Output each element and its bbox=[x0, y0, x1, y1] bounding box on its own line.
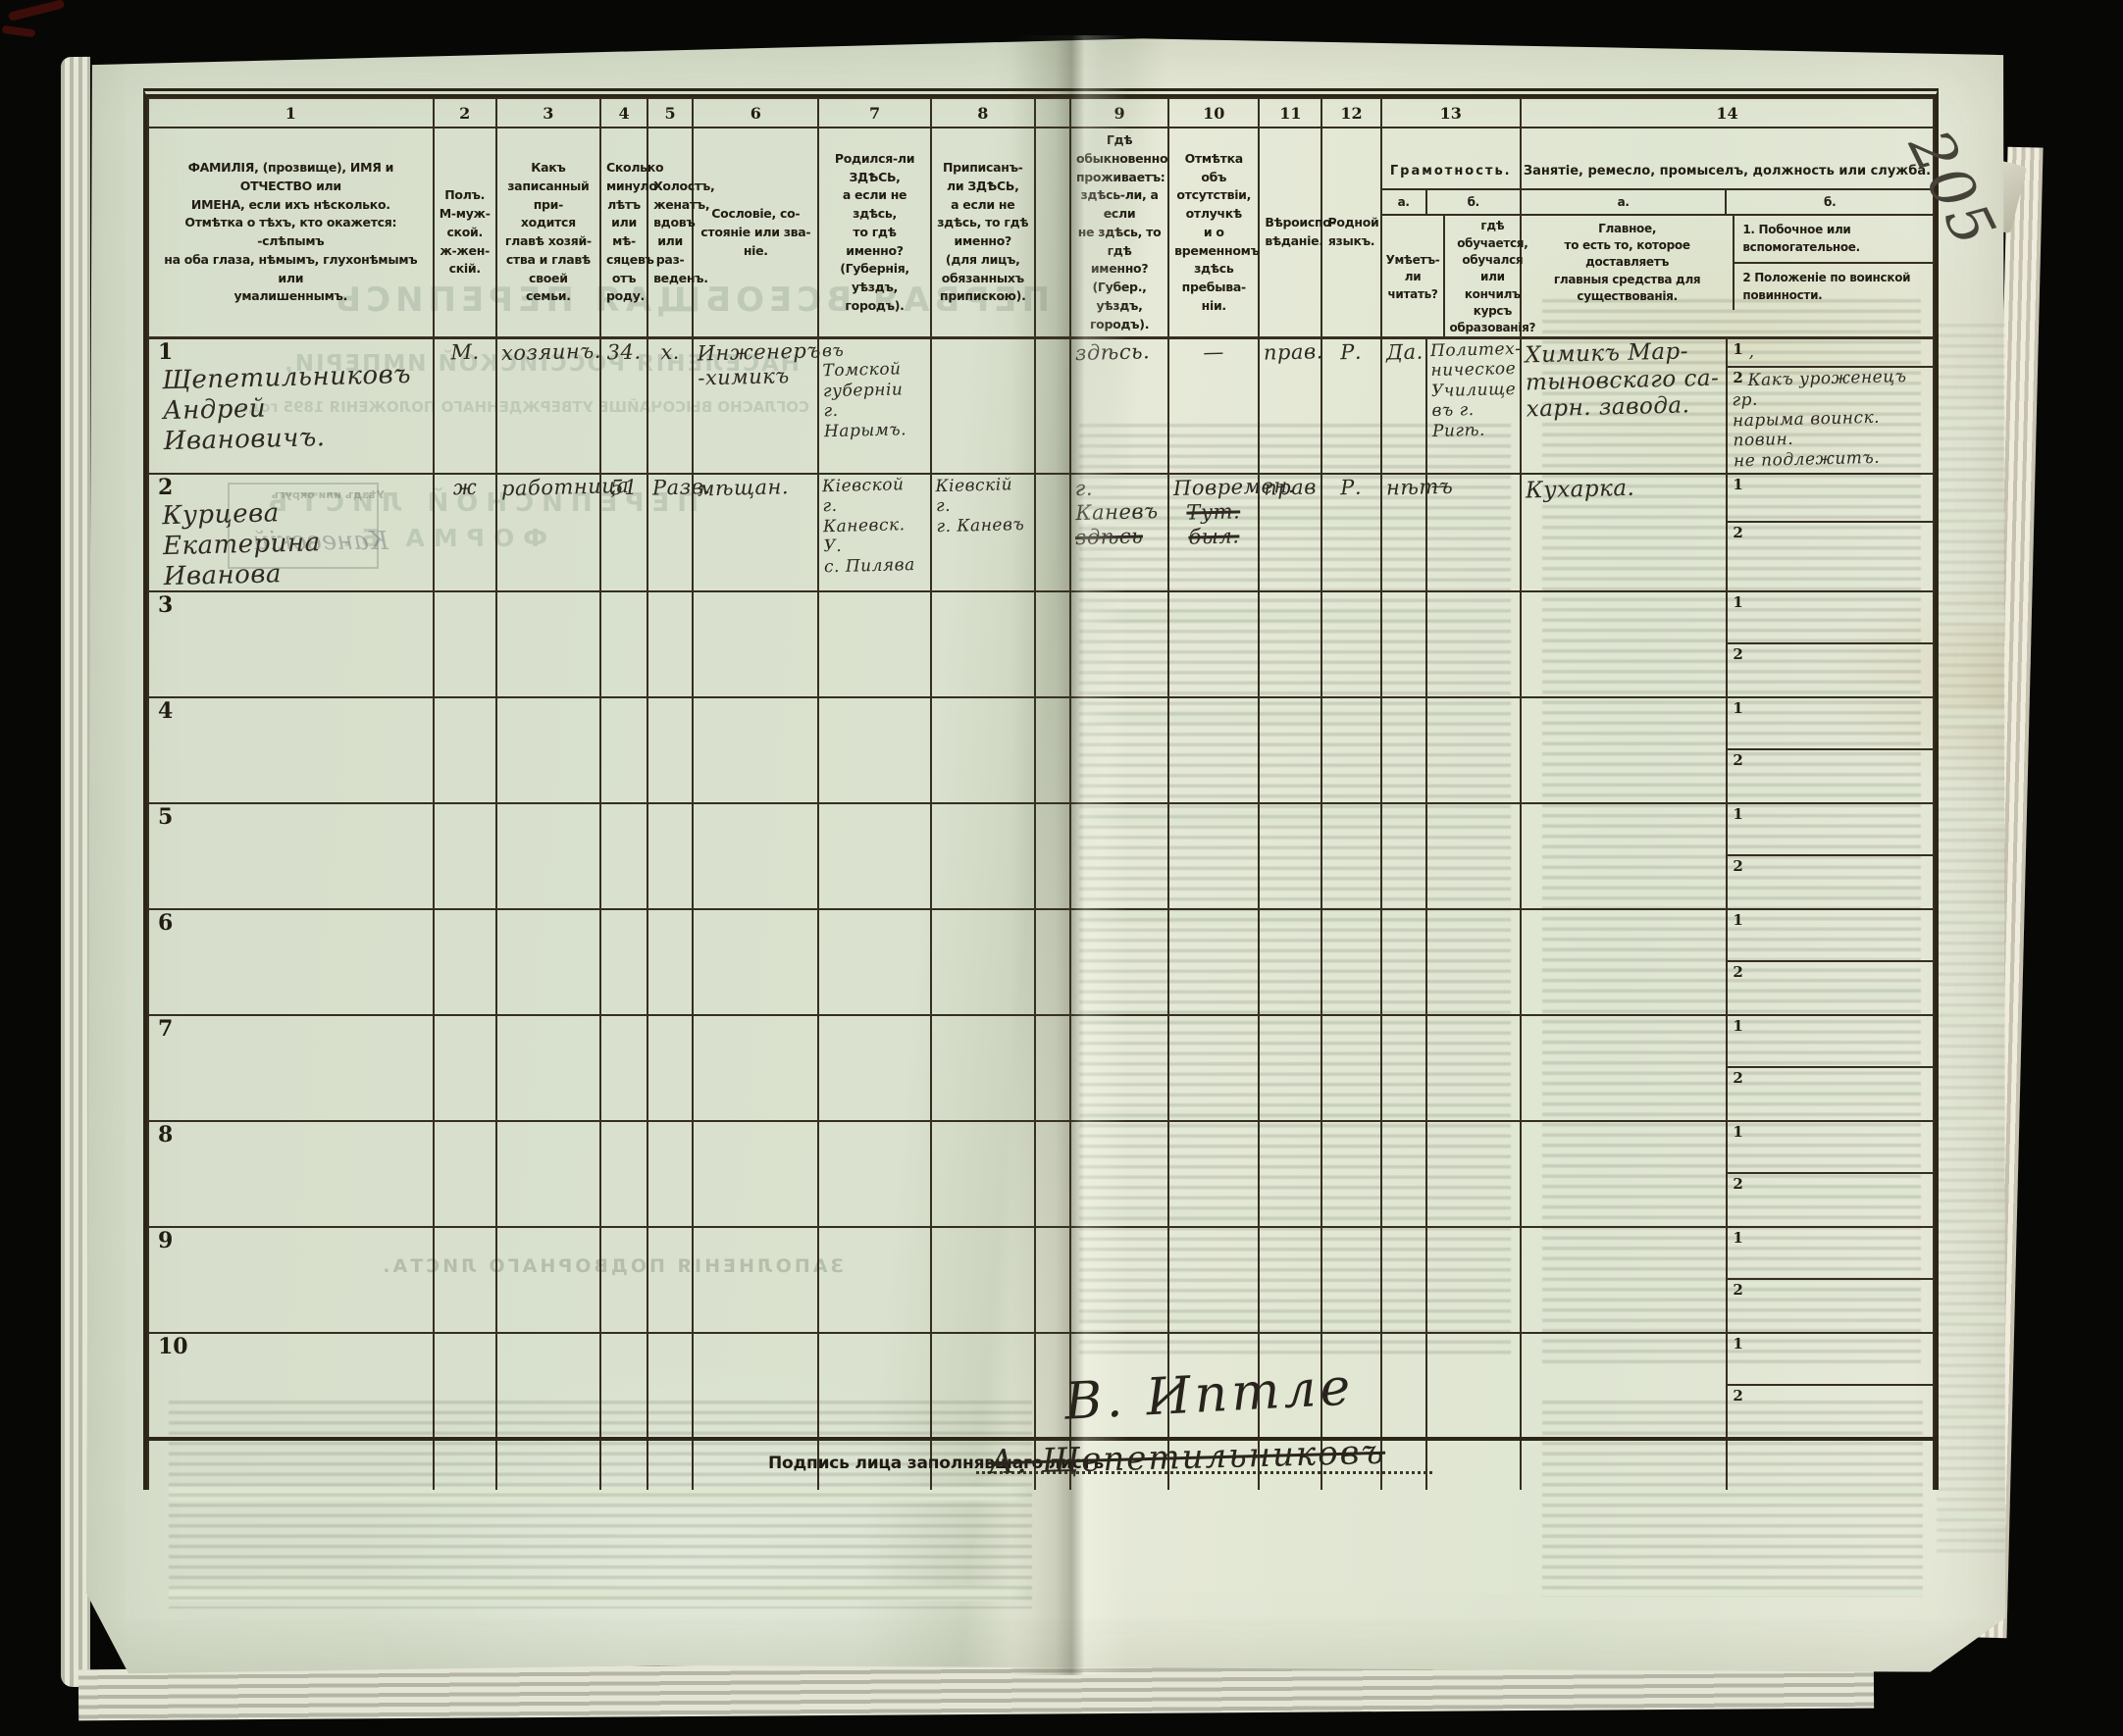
military-status-subcells: 12 bbox=[1728, 592, 1933, 693]
row-number: 4 bbox=[153, 699, 429, 722]
stub-cell bbox=[148, 1439, 434, 1490]
cell-r3-c3 bbox=[496, 591, 600, 697]
cell-r3-c6 bbox=[693, 591, 818, 697]
cell-r6-c1: 6 bbox=[148, 909, 434, 1015]
cell-r3-c8 bbox=[931, 591, 1035, 697]
subcell-number: 1 bbox=[1733, 805, 1742, 823]
military-status-subcells: 12 bbox=[1728, 910, 1933, 1011]
stub-cell bbox=[647, 1439, 693, 1490]
handwriting: здѣсь. bbox=[1075, 339, 1165, 366]
cell-r9-c3 bbox=[496, 1227, 600, 1333]
cell-r3-c11 bbox=[1259, 591, 1321, 697]
cell-r5-c3 bbox=[496, 803, 600, 909]
cell-r4-c7 bbox=[818, 697, 930, 803]
cell-r4-c2 bbox=[434, 697, 496, 803]
cell-r3-c14a bbox=[1521, 591, 1727, 697]
cell-r8-c10 bbox=[1168, 1121, 1259, 1227]
subcell-1: 1 bbox=[1728, 910, 1933, 960]
subcell-1: 1 bbox=[1728, 1228, 1933, 1278]
occupation-title: Занятіе, ремесло, промыселъ, должность и… bbox=[1522, 155, 1933, 190]
cell-r10-c8 bbox=[931, 1333, 1035, 1439]
table-row-7: 712 bbox=[148, 1015, 1934, 1121]
col-num-4: 4 bbox=[600, 98, 647, 128]
page-stack-left-edge bbox=[61, 57, 90, 1687]
col-num-9: 9 bbox=[1070, 98, 1168, 128]
census-table: 1 2 3 4 5 6 7 8 9 10 11 12 13 14 ФАМИЛІЯ… bbox=[147, 97, 1935, 1490]
subcell-2: 2 bbox=[1728, 1066, 1933, 1118]
page-fold-gap bbox=[1035, 909, 1070, 1015]
cell-r4-c9 bbox=[1070, 697, 1168, 803]
stub-cell bbox=[434, 1439, 496, 1490]
cell-r4-c14b: 12 bbox=[1727, 697, 1934, 803]
red-margin-mark bbox=[2, 26, 36, 38]
cell-r4-c13a bbox=[1381, 697, 1426, 803]
cell-r2-c2: ж bbox=[434, 474, 496, 592]
cell-r9-c2 bbox=[434, 1227, 496, 1333]
cell-r3-c1: 3 bbox=[148, 591, 434, 697]
subcell-number: 1 bbox=[1733, 1335, 1742, 1353]
cell-r6-c9 bbox=[1070, 909, 1168, 1015]
handwriting: здѣсь bbox=[1075, 524, 1165, 550]
table-row-4: 412 bbox=[148, 697, 1934, 803]
cell-r3-c12 bbox=[1321, 591, 1380, 697]
handwriting: хозяинъ. bbox=[500, 339, 595, 367]
cell-r3-c10 bbox=[1168, 591, 1259, 697]
literacy-sub-b-label: б. bbox=[1427, 190, 1520, 214]
row-number: 2 bbox=[153, 476, 429, 498]
cell-r7-c14a bbox=[1521, 1015, 1727, 1121]
cell-r7-c3 bbox=[496, 1015, 600, 1121]
cell-r7-c14b: 12 bbox=[1727, 1015, 1934, 1121]
row-number: 6 bbox=[153, 911, 429, 934]
table-row-1: 1ЩепетильниковъАндрей Ивановичъ.М.хозяин… bbox=[148, 338, 1934, 474]
literacy-title: Грамотность. bbox=[1382, 155, 1520, 190]
cell-r10-c13a bbox=[1381, 1333, 1426, 1439]
column-header-11: Вѣроиспо- вѣданіе. bbox=[1259, 128, 1321, 338]
column-header-6: Сословіе, со- стояніе или зва- ніе. bbox=[693, 128, 818, 338]
cell-r7-c7 bbox=[818, 1015, 930, 1121]
page-fold-gap bbox=[1035, 474, 1070, 592]
column-header-10: Отмѣтка объ отсутствіи, отлучкѣ и о врем… bbox=[1168, 128, 1259, 338]
cell-r10-c5 bbox=[647, 1333, 693, 1439]
handwriting: Кіевской г.Каневск. У.с. Пилява bbox=[822, 474, 927, 576]
cell-r7-c1: 7 bbox=[148, 1015, 434, 1121]
subcell-number: 2 bbox=[1733, 524, 1742, 541]
cell-r9-c9 bbox=[1070, 1227, 1168, 1333]
cell-r6-c6 bbox=[693, 909, 818, 1015]
cell-r6-c10 bbox=[1168, 909, 1259, 1015]
column-header-2: Полъ. М-муж- ской. ж-жен- скій. bbox=[434, 128, 496, 338]
military-status-subcells: 12 bbox=[1728, 1334, 1933, 1435]
column-numbers-row: 1 2 3 4 5 6 7 8 9 10 11 12 13 14 bbox=[148, 98, 1934, 128]
cell-r2-c3: работница bbox=[496, 474, 600, 592]
subcell-2: 2 bbox=[1728, 748, 1933, 800]
subcell-number: 1 bbox=[1733, 593, 1742, 611]
page-fold-gap bbox=[1035, 338, 1070, 474]
subcell-1: 1 bbox=[1728, 475, 1933, 522]
cell-r6-c7 bbox=[818, 909, 930, 1015]
cell-r7-c8 bbox=[931, 1015, 1035, 1121]
occupation-sub-b-label: б. bbox=[1727, 190, 1933, 214]
cell-r6-c14a bbox=[1521, 909, 1727, 1015]
cell-r2-c4: 51 bbox=[600, 474, 647, 592]
cell-r8-c1: 8 bbox=[148, 1121, 434, 1227]
cell-r6-c4 bbox=[600, 909, 647, 1015]
subcell-1: 1 bbox=[1728, 1016, 1933, 1066]
cell-r8-c2 bbox=[434, 1121, 496, 1227]
subcell-2: 2 bbox=[1728, 960, 1933, 1012]
cell-r7-c13b bbox=[1426, 1015, 1521, 1121]
cell-r3-c14b: 12 bbox=[1727, 591, 1934, 697]
cell-r4-c12 bbox=[1321, 697, 1380, 803]
page-fold-gap bbox=[1035, 1227, 1070, 1333]
cell-r9-c13a bbox=[1381, 1227, 1426, 1333]
cell-r2-c5: Разв. bbox=[647, 474, 693, 592]
table-row-6: 612 bbox=[148, 909, 1934, 1015]
col-num-14: 14 bbox=[1521, 98, 1934, 128]
military-status-subcells: 12 bbox=[1728, 804, 1933, 905]
cell-r1-c3: хозяинъ. bbox=[496, 338, 600, 474]
cell-r10-c14a bbox=[1521, 1333, 1727, 1439]
cell-r6-c8 bbox=[931, 909, 1035, 1015]
table-header: 1 2 3 4 5 6 7 8 9 10 11 12 13 14 ФАМИЛІЯ… bbox=[148, 98, 1934, 338]
subcell-1: 1, bbox=[1728, 339, 1933, 366]
table-body: 1ЩепетильниковъАндрей Ивановичъ.М.хозяин… bbox=[148, 338, 1934, 1491]
subcell-number: 1 bbox=[1733, 911, 1742, 929]
stub-cell bbox=[496, 1439, 600, 1490]
cell-r2-c14a: Кухарка. bbox=[1521, 474, 1727, 592]
cell-r8-c14a bbox=[1521, 1121, 1727, 1227]
col-num-1: 1 bbox=[148, 98, 434, 128]
cell-r3-c13a bbox=[1381, 591, 1426, 697]
handwriting: г. Каневъ bbox=[1074, 475, 1164, 527]
page-fold-gap bbox=[1035, 1121, 1070, 1227]
cell-r4-c4 bbox=[600, 697, 647, 803]
cell-r5-c12 bbox=[1321, 803, 1380, 909]
cell-r7-c13a bbox=[1381, 1015, 1426, 1121]
cell-r9-c7 bbox=[818, 1227, 930, 1333]
cell-r1-c13a: Да. bbox=[1381, 338, 1426, 474]
cell-r2-c13a: нѣтъ bbox=[1381, 474, 1426, 592]
subcell-1: 1 bbox=[1728, 1334, 1933, 1384]
military-status-subcells: 12 bbox=[1728, 1122, 1933, 1223]
handwriting: Инженеръ-химикъ bbox=[698, 339, 814, 391]
military-status-subcells: 12 bbox=[1728, 698, 1933, 799]
cell-r10-c7 bbox=[818, 1333, 930, 1439]
column-header-12: Родной языкъ. bbox=[1321, 128, 1380, 338]
handwriting: — bbox=[1430, 475, 1516, 496]
cell-r10-c14b: 12 bbox=[1727, 1333, 1934, 1439]
cell-r6-c13a bbox=[1381, 909, 1426, 1015]
cell-r2-c10: Повремен.Тут. был. bbox=[1168, 474, 1259, 592]
column-header-7: Родился-ли ЗДѢСЬ, а если не здѣсь, то гд… bbox=[818, 128, 930, 338]
subcell-1: 1 bbox=[1728, 1122, 1933, 1172]
column-header-14: Занятіе, ремесло, промыселъ, должность и… bbox=[1521, 128, 1934, 338]
handwriting: Повремен. bbox=[1173, 475, 1255, 501]
column-header-3: Какъ записанный при- ходится главѣ хозяй… bbox=[496, 128, 600, 338]
cell-r4-c10 bbox=[1168, 697, 1259, 803]
table-row-3: 312 bbox=[148, 591, 1934, 697]
page-fold-gap bbox=[1035, 803, 1070, 909]
cell-r7-c9 bbox=[1070, 1015, 1168, 1121]
cell-r6-c2 bbox=[434, 909, 496, 1015]
cell-r3-c9 bbox=[1070, 591, 1168, 697]
cell-r9-c4 bbox=[600, 1227, 647, 1333]
cell-r9-c12 bbox=[1321, 1227, 1380, 1333]
cell-r8-c11 bbox=[1259, 1121, 1321, 1227]
cell-r4-c1: 4 bbox=[148, 697, 434, 803]
subcell-number: 2 bbox=[1733, 963, 1742, 981]
cell-r4-c8 bbox=[931, 697, 1035, 803]
row-number: 3 bbox=[153, 593, 429, 616]
cell-r6-c5 bbox=[647, 909, 693, 1015]
column-header-9: Гдѣ обыкновенно проживаетъ: здѣсь-ли, а … bbox=[1070, 128, 1168, 338]
handwriting: Разв. bbox=[652, 475, 689, 500]
red-margin-mark bbox=[8, 0, 65, 22]
cell-r10-c4 bbox=[600, 1333, 647, 1439]
row-number: 7 bbox=[153, 1017, 429, 1040]
cell-r7-c6 bbox=[693, 1015, 818, 1121]
subcell-number: 1 bbox=[1733, 476, 1742, 493]
handwriting: Р. bbox=[1326, 475, 1376, 500]
cell-r4-c11 bbox=[1259, 697, 1321, 803]
cell-r8-c5 bbox=[647, 1121, 693, 1227]
subcell-number: 1 bbox=[1733, 1229, 1742, 1247]
column-header-8: Приписанъ-ли ЗДѢСЬ, а если не здѣсь, то … bbox=[931, 128, 1035, 338]
cell-r5-c5 bbox=[647, 803, 693, 909]
table-row-9: 912 bbox=[148, 1227, 1934, 1333]
cell-r7-c10 bbox=[1168, 1015, 1259, 1121]
occupation-a-text: Главное, то есть то, которое доставляетъ… bbox=[1522, 216, 1735, 310]
occupation-sub-a-label: а. bbox=[1522, 190, 1727, 214]
cell-r8-c13a bbox=[1381, 1121, 1426, 1227]
cell-r6-c13b bbox=[1426, 909, 1521, 1015]
subcell-2: 2Какъ уроженецъ гр.нарыма воинск. повин.… bbox=[1728, 366, 1933, 470]
cell-r9-c11 bbox=[1259, 1227, 1321, 1333]
cell-r1-c12: Р. bbox=[1321, 338, 1380, 474]
cell-r3-c7 bbox=[818, 591, 930, 697]
subcell-number: 2 bbox=[1733, 1387, 1742, 1404]
cell-r2-c6: мѣщан. bbox=[693, 474, 818, 592]
cell-r1-c8 bbox=[931, 338, 1035, 474]
handwriting: Химикъ Мар-тыновскаго са-харн. завода. bbox=[1525, 338, 1723, 425]
cell-r8-c14b: 12 bbox=[1727, 1121, 1934, 1227]
subcell-number: 2 bbox=[1733, 645, 1742, 663]
subcell-2: 2 bbox=[1728, 1278, 1933, 1330]
handwriting: ЩепетильниковъАндрей Ивановичъ. bbox=[152, 360, 430, 458]
cell-r1-c14b: 1,2Какъ уроженецъ гр.нарыма воинск. пови… bbox=[1727, 338, 1934, 474]
cell-r1-c6: Инженеръ-химикъ bbox=[693, 338, 818, 474]
cell-r1-c9: здѣсь. bbox=[1070, 338, 1168, 474]
col-num-12: 12 bbox=[1321, 98, 1380, 128]
cell-r2-c12: Р. bbox=[1321, 474, 1380, 592]
subcell-number: 2 bbox=[1733, 1281, 1742, 1299]
column-header-1: ФАМИЛІЯ, (прозвище), ИМЯ и ОТЧЕСТВО или … bbox=[148, 128, 434, 338]
cell-r1-c1: 1ЩепетильниковъАндрей Ивановичъ. bbox=[148, 338, 434, 474]
subcell-2: 2 bbox=[1728, 642, 1933, 694]
cell-r10-c13b bbox=[1426, 1333, 1521, 1439]
cell-r3-c5 bbox=[647, 591, 693, 697]
cell-r1-c5: х. bbox=[647, 338, 693, 474]
literacy-a-text: Умѣетъ- ли читать? bbox=[1382, 216, 1446, 339]
cell-r9-c5 bbox=[647, 1227, 693, 1333]
cell-r8-c13b bbox=[1426, 1121, 1521, 1227]
cell-r1-c10: — bbox=[1168, 338, 1259, 474]
handwriting: Какъ уроженецъ гр.нарыма воинск. повин.н… bbox=[1732, 367, 1929, 472]
col-num-13: 13 bbox=[1381, 98, 1521, 128]
cell-r7-c12 bbox=[1321, 1015, 1380, 1121]
cell-r8-c6 bbox=[693, 1121, 818, 1227]
cell-r9-c13b bbox=[1426, 1227, 1521, 1333]
table-row-8: 812 bbox=[148, 1121, 1934, 1227]
occupation-subheader: Занятіе, ремесло, промыселъ, должность и… bbox=[1522, 155, 1933, 310]
cell-r6-c11 bbox=[1259, 909, 1321, 1015]
handwriting: Политех-ническоеУчилищевъ г. Ригѣ. bbox=[1429, 339, 1517, 441]
handwriting: х. bbox=[652, 340, 689, 366]
cell-r5-c8 bbox=[931, 803, 1035, 909]
subcell-number: 1 bbox=[1733, 699, 1742, 717]
table-row-10: 1012 bbox=[148, 1333, 1934, 1439]
cell-r8-c7 bbox=[818, 1121, 930, 1227]
military-status-subcells: 12 bbox=[1728, 1228, 1933, 1329]
col-num-6: 6 bbox=[693, 98, 818, 128]
stub-cell bbox=[600, 1439, 647, 1490]
stub-cell bbox=[1521, 1439, 1727, 1490]
cell-r1-c7: въТомскойгуберніиг. Нарымъ. bbox=[818, 338, 930, 474]
subcell-1: 1 bbox=[1728, 592, 1933, 642]
handwriting: Тут. был. bbox=[1173, 499, 1255, 550]
page-fold-gap bbox=[1035, 98, 1070, 128]
cell-r9-c14a bbox=[1521, 1227, 1727, 1333]
table-row-2: 2КурцеваЕкатерина Ивановажработница51Раз… bbox=[148, 474, 1934, 592]
cell-r4-c14a bbox=[1521, 697, 1727, 803]
handwriting: прав. bbox=[1264, 340, 1318, 367]
cell-r5-c13a bbox=[1381, 803, 1426, 909]
scanned-census-page: ПЕРВАЯ ВСЕОБЩАЯ ПЕРЕПИСЬ НАСЕЛЕНІЯ РОССІ… bbox=[0, 0, 2123, 1736]
cell-r4-c3 bbox=[496, 697, 600, 803]
cell-r7-c11 bbox=[1259, 1015, 1321, 1121]
cell-r9-c8 bbox=[931, 1227, 1035, 1333]
census-table-frame: 1 2 3 4 5 6 7 8 9 10 11 12 13 14 ФАМИЛІЯ… bbox=[143, 88, 1939, 1490]
cell-r10-c6 bbox=[693, 1333, 818, 1439]
cell-r2-c1: 2КурцеваЕкатерина Иванова bbox=[148, 474, 434, 592]
handwriting: М. bbox=[438, 340, 492, 367]
col-num-7: 7 bbox=[818, 98, 930, 128]
cell-r2-c8: Кіевскій г.г. Каневъ bbox=[931, 474, 1035, 592]
cell-r4-c13b bbox=[1426, 697, 1521, 803]
cell-r2-c7: Кіевской г.Каневск. У.с. Пилява bbox=[818, 474, 930, 592]
cell-r5-c7 bbox=[818, 803, 930, 909]
stub-cell bbox=[1381, 1439, 1426, 1490]
cell-r5-c14a bbox=[1521, 803, 1727, 909]
stub-cell bbox=[1727, 1439, 1934, 1490]
subcell-2: 2 bbox=[1728, 854, 1933, 906]
subcell-1: 1 bbox=[1728, 698, 1933, 748]
cell-r8-c3 bbox=[496, 1121, 600, 1227]
handwriting: 34. bbox=[605, 340, 644, 366]
cell-r4-c5 bbox=[647, 697, 693, 803]
cell-r2-c14b: 12 bbox=[1727, 474, 1934, 592]
col-num-3: 3 bbox=[496, 98, 600, 128]
cell-r5-c4 bbox=[600, 803, 647, 909]
literacy-subheader: Грамотность. а. б. Умѣетъ- ли читать? гд… bbox=[1382, 155, 1520, 310]
cell-r3-c13b bbox=[1426, 591, 1521, 697]
cell-r8-c12 bbox=[1321, 1121, 1380, 1227]
cell-r10-c3 bbox=[496, 1333, 600, 1439]
literacy-sub-a-label: а. bbox=[1382, 190, 1427, 214]
cell-r1-c2: М. bbox=[434, 338, 496, 474]
subcell-number: 2 bbox=[1733, 1175, 1742, 1193]
military-status-subcells: 1,2Какъ уроженецъ гр.нарыма воинск. пови… bbox=[1728, 339, 1933, 470]
cell-r5-c14b: 12 bbox=[1727, 803, 1934, 909]
handwriting: работница bbox=[500, 475, 595, 502]
row-number: 8 bbox=[153, 1123, 429, 1146]
handwriting: прав bbox=[1264, 475, 1318, 501]
row-number: 10 bbox=[153, 1335, 429, 1357]
subcell-2: 2 bbox=[1728, 521, 1933, 570]
column-header-13: Грамотность. а. б. Умѣетъ- ли читать? гд… bbox=[1381, 128, 1521, 338]
cell-r10-c2 bbox=[434, 1333, 496, 1439]
cell-r8-c8 bbox=[931, 1121, 1035, 1227]
subcell-number: 1 bbox=[1733, 1017, 1742, 1035]
column-header-4: Сколько минуло лѣтъ или мѣ- сяцевъ отъ р… bbox=[600, 128, 647, 338]
cell-r2-c9: г. Каневъздѣсь bbox=[1070, 474, 1168, 592]
cell-r1-c13b: Политех-ническоеУчилищевъ г. Ригѣ. bbox=[1426, 338, 1521, 474]
subcell-2: 2 bbox=[1728, 1172, 1933, 1224]
cell-r5-c13b bbox=[1426, 803, 1521, 909]
cell-r5-c11 bbox=[1259, 803, 1321, 909]
cell-r7-c4 bbox=[600, 1015, 647, 1121]
col-num-5: 5 bbox=[647, 98, 693, 128]
cell-r5-c9 bbox=[1070, 803, 1168, 909]
handwriting: КурцеваЕкатерина Иванова bbox=[152, 494, 430, 592]
cell-r1-c14a: Химикъ Мар-тыновскаго са-харн. завода. bbox=[1521, 338, 1727, 474]
handwriting: Кухарка. bbox=[1526, 473, 1723, 504]
cell-r9-c6 bbox=[693, 1227, 818, 1333]
military-status-subcells: 12 bbox=[1728, 1016, 1933, 1117]
cell-r1-c11: прав. bbox=[1259, 338, 1321, 474]
cell-r8-c4 bbox=[600, 1121, 647, 1227]
cell-r7-c5 bbox=[647, 1015, 693, 1121]
cell-r9-c14b: 12 bbox=[1727, 1227, 1934, 1333]
subcell-number: 2 bbox=[1733, 1069, 1742, 1087]
page-fold-gap bbox=[1035, 591, 1070, 697]
cell-r7-c2 bbox=[434, 1015, 496, 1121]
column-titles-row: ФАМИЛІЯ, (прозвище), ИМЯ и ОТЧЕСТВО или … bbox=[148, 128, 1934, 338]
cell-r4-c6 bbox=[693, 697, 818, 803]
occupation-b2-text: 2 Положеніе по воинской повинности. bbox=[1735, 264, 1933, 310]
cell-r9-c1: 9 bbox=[148, 1227, 434, 1333]
cell-r2-c13b: — bbox=[1426, 474, 1521, 592]
col-num-2: 2 bbox=[434, 98, 496, 128]
occupation-b1-text: 1. Побочное или вспомогательное. bbox=[1735, 216, 1933, 264]
cell-r5-c10 bbox=[1168, 803, 1259, 909]
cell-r5-c2 bbox=[434, 803, 496, 909]
subcell-1: 1 bbox=[1728, 804, 1933, 854]
col-num-10: 10 bbox=[1168, 98, 1259, 128]
handwriting: Кіевскій г.г. Каневъ bbox=[935, 475, 1031, 537]
cell-r5-c1: 5 bbox=[148, 803, 434, 909]
cell-r3-c2 bbox=[434, 591, 496, 697]
cell-r6-c12 bbox=[1321, 909, 1380, 1015]
cell-r9-c10 bbox=[1168, 1227, 1259, 1333]
subcell-number: 1 bbox=[1733, 1123, 1742, 1141]
cell-r1-c4: 34. bbox=[600, 338, 647, 474]
handwriting: нѣтъ bbox=[1385, 475, 1422, 500]
cell-r6-c3 bbox=[496, 909, 600, 1015]
cell-r2-c11: прав bbox=[1259, 474, 1321, 592]
handwriting: ж bbox=[438, 475, 492, 501]
